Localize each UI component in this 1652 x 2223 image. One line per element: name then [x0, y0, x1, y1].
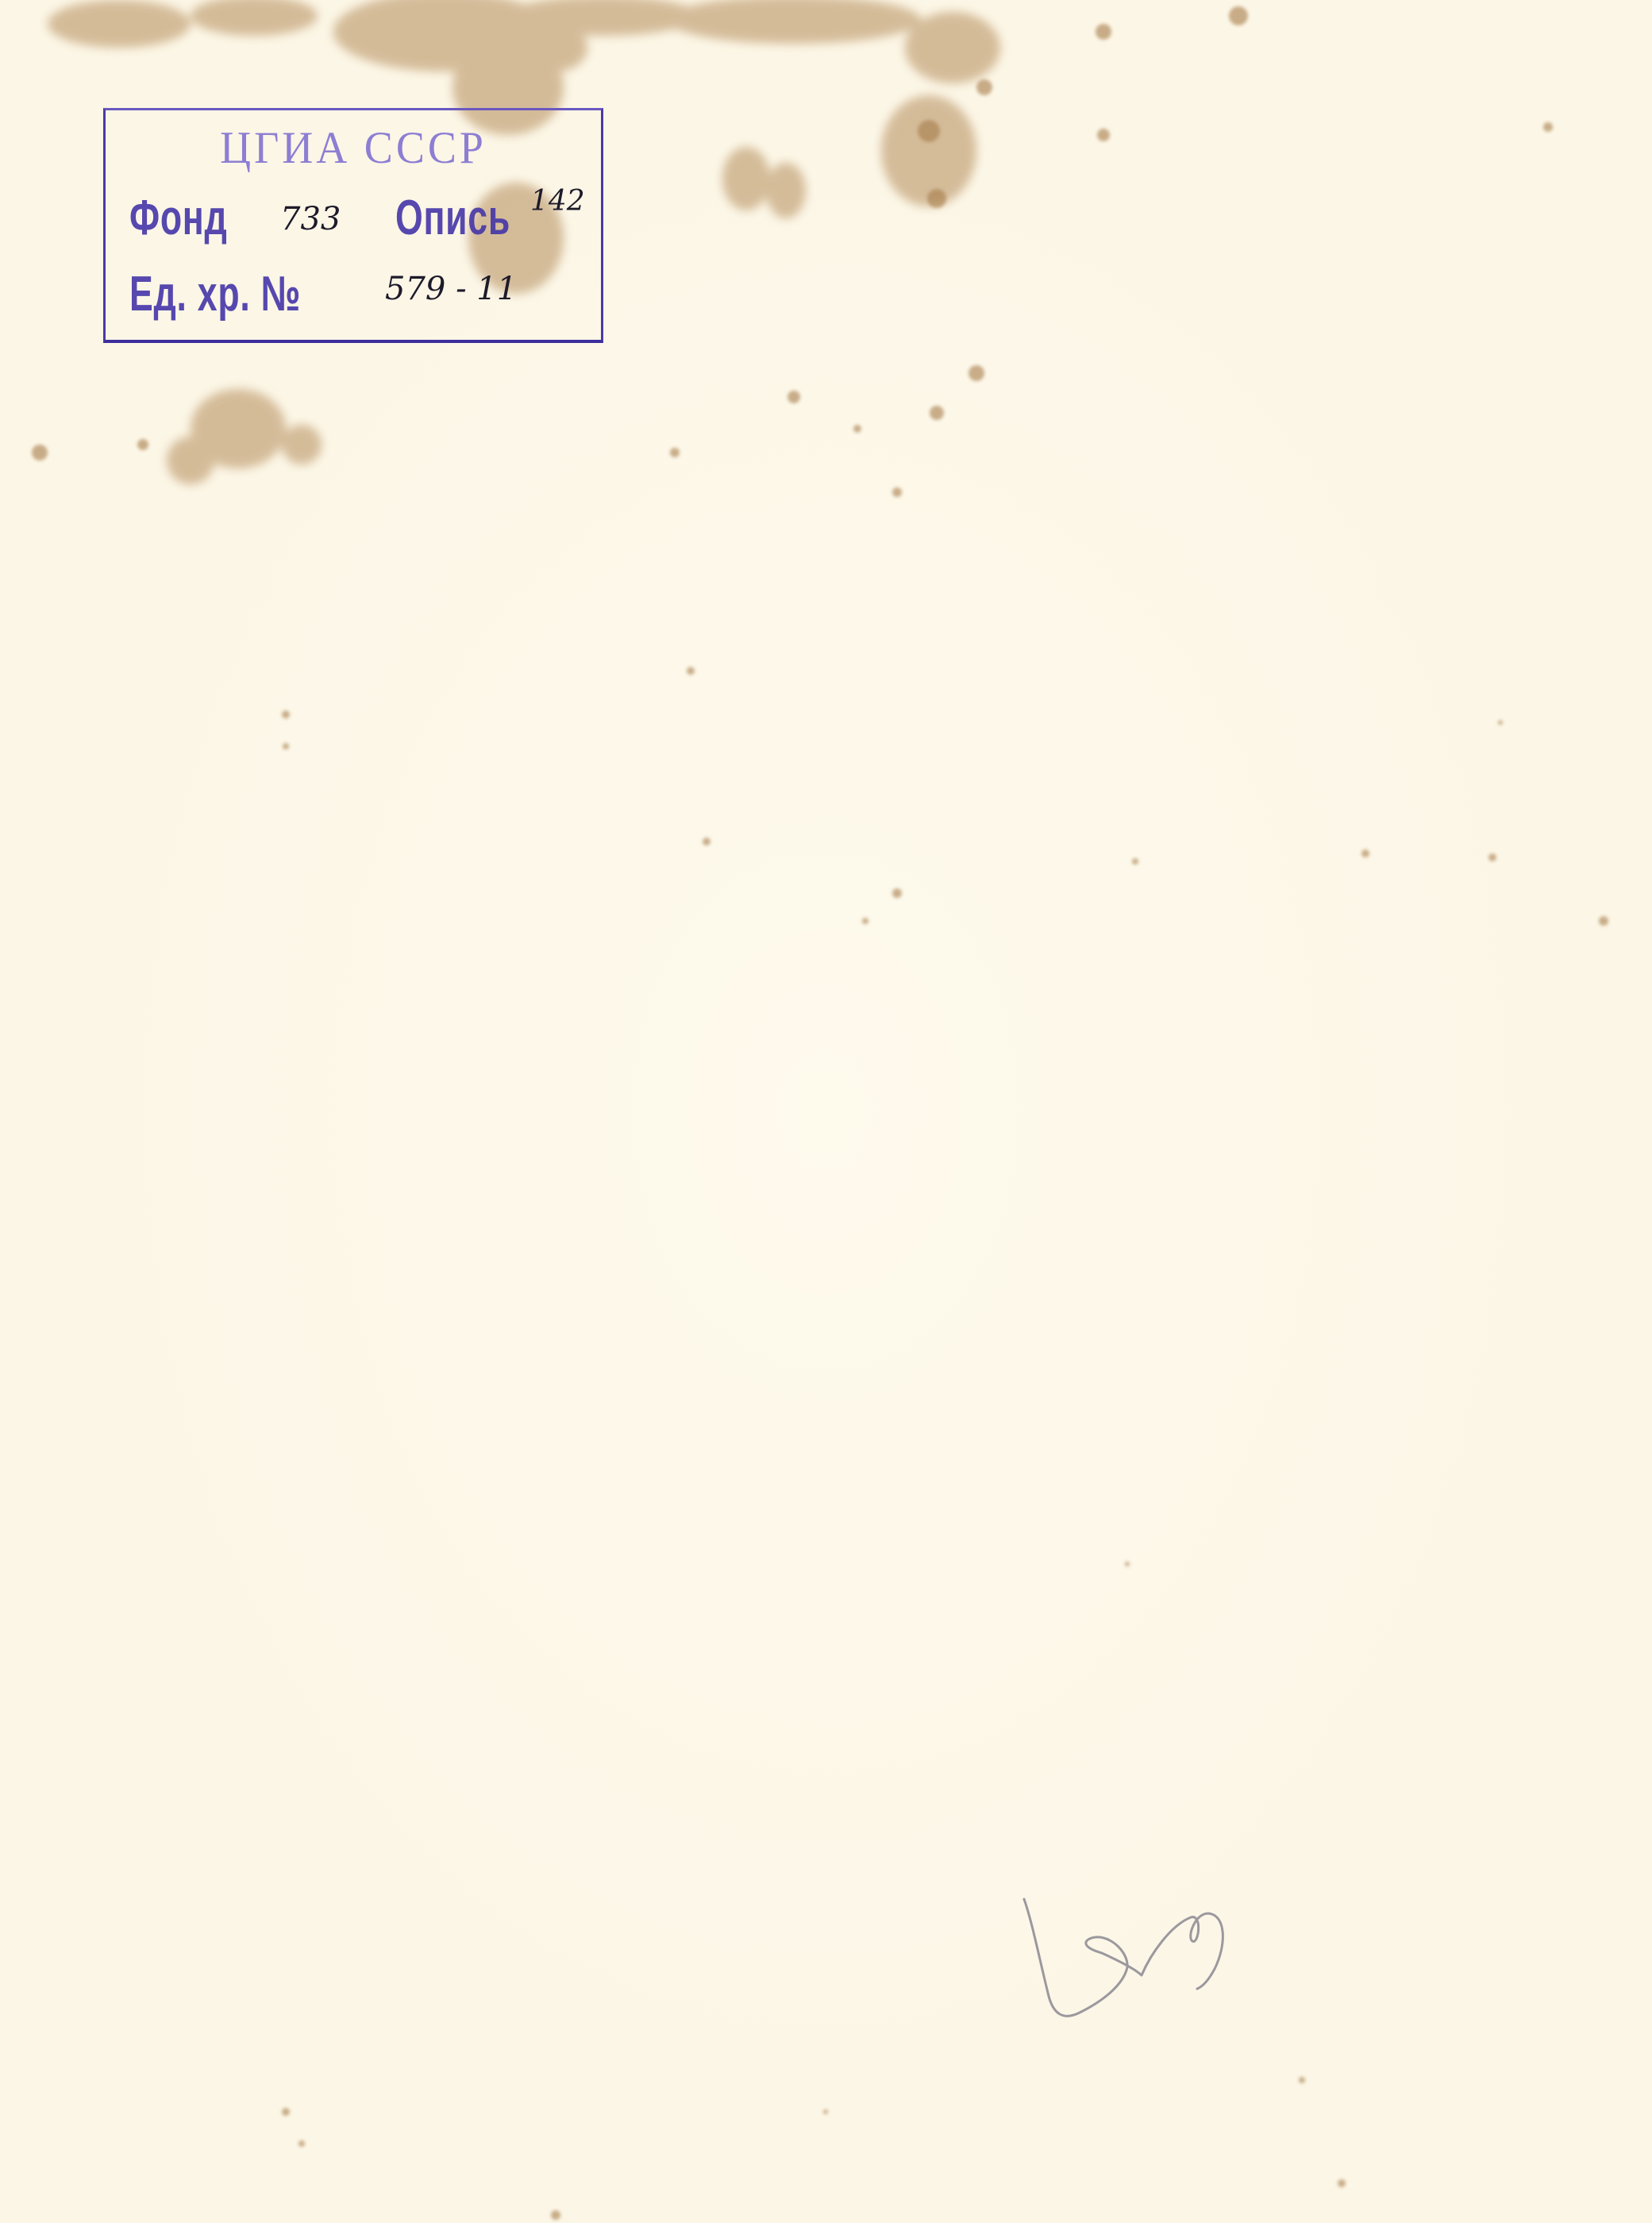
- archive-stamp: ЦГИА СССР Фонд 733 Опись 142 Ед. хр. № 5…: [103, 108, 603, 343]
- pencil-folio-number: 233: [1000, 1874, 1254, 2032]
- opis-value: 142: [530, 185, 585, 218]
- stamp-row-fond: Фонд 733 Опись 142: [129, 190, 593, 261]
- unit-label: Ед. хр. №: [129, 266, 301, 322]
- opis-label: Опись: [395, 190, 510, 246]
- stamp-row-unit: Ед. хр. № 579 - 11: [129, 266, 593, 337]
- fond-value: 733: [280, 201, 341, 237]
- stamp-title: ЦГИА СССР: [106, 121, 601, 173]
- fond-label: Фонд: [129, 190, 228, 246]
- unit-value: 579 - 11: [385, 271, 517, 307]
